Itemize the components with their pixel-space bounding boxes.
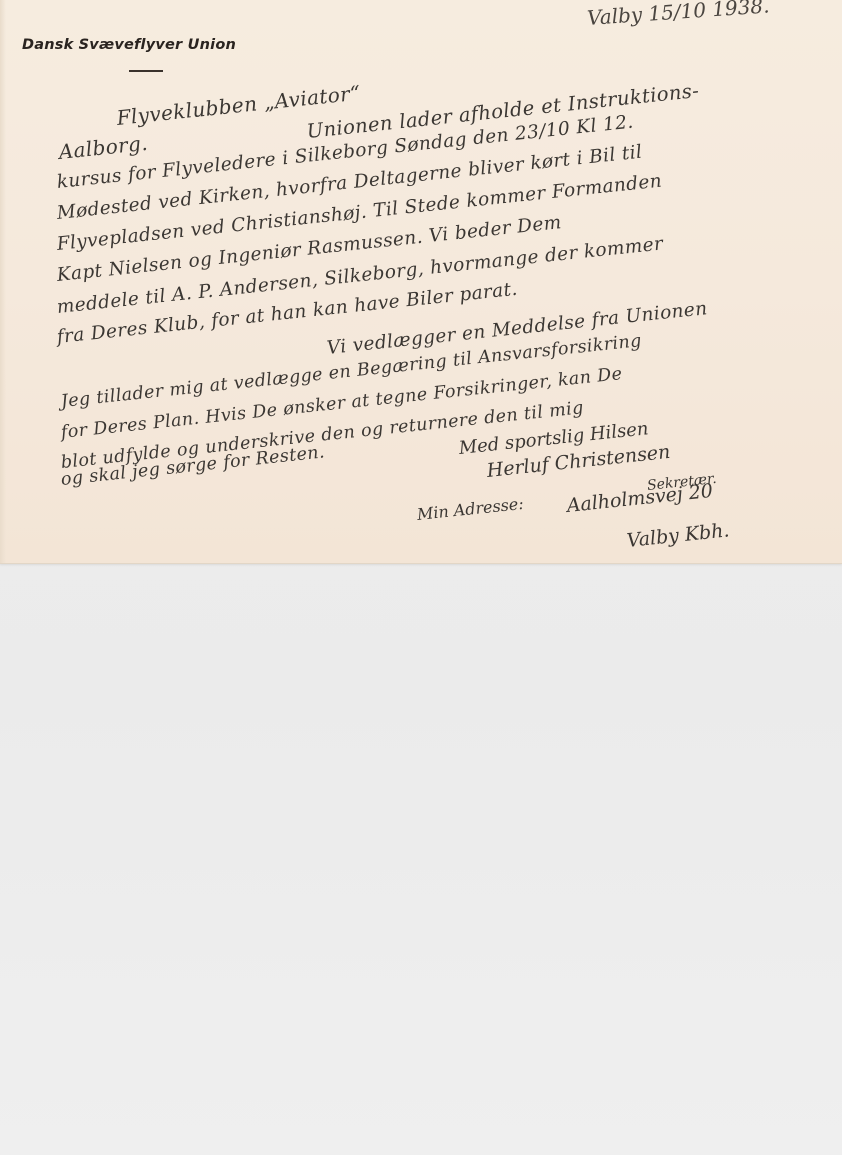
- letterhead-title: Dansk Svæveflyver Union: [22, 37, 236, 53]
- letterhead-underline: [129, 70, 163, 72]
- date-line: Valby 15/10 1938.: [586, 0, 770, 30]
- letter-sheet: Dansk Svæveflyver Union Valby 15/10 1938…: [0, 0, 842, 564]
- address-street: Aalholmsvej 20: [566, 480, 714, 517]
- address-city: Valby Kbh.: [626, 519, 731, 552]
- recipient-city: Aalborg.: [57, 131, 149, 164]
- address-label: Min Adresse:: [416, 494, 524, 524]
